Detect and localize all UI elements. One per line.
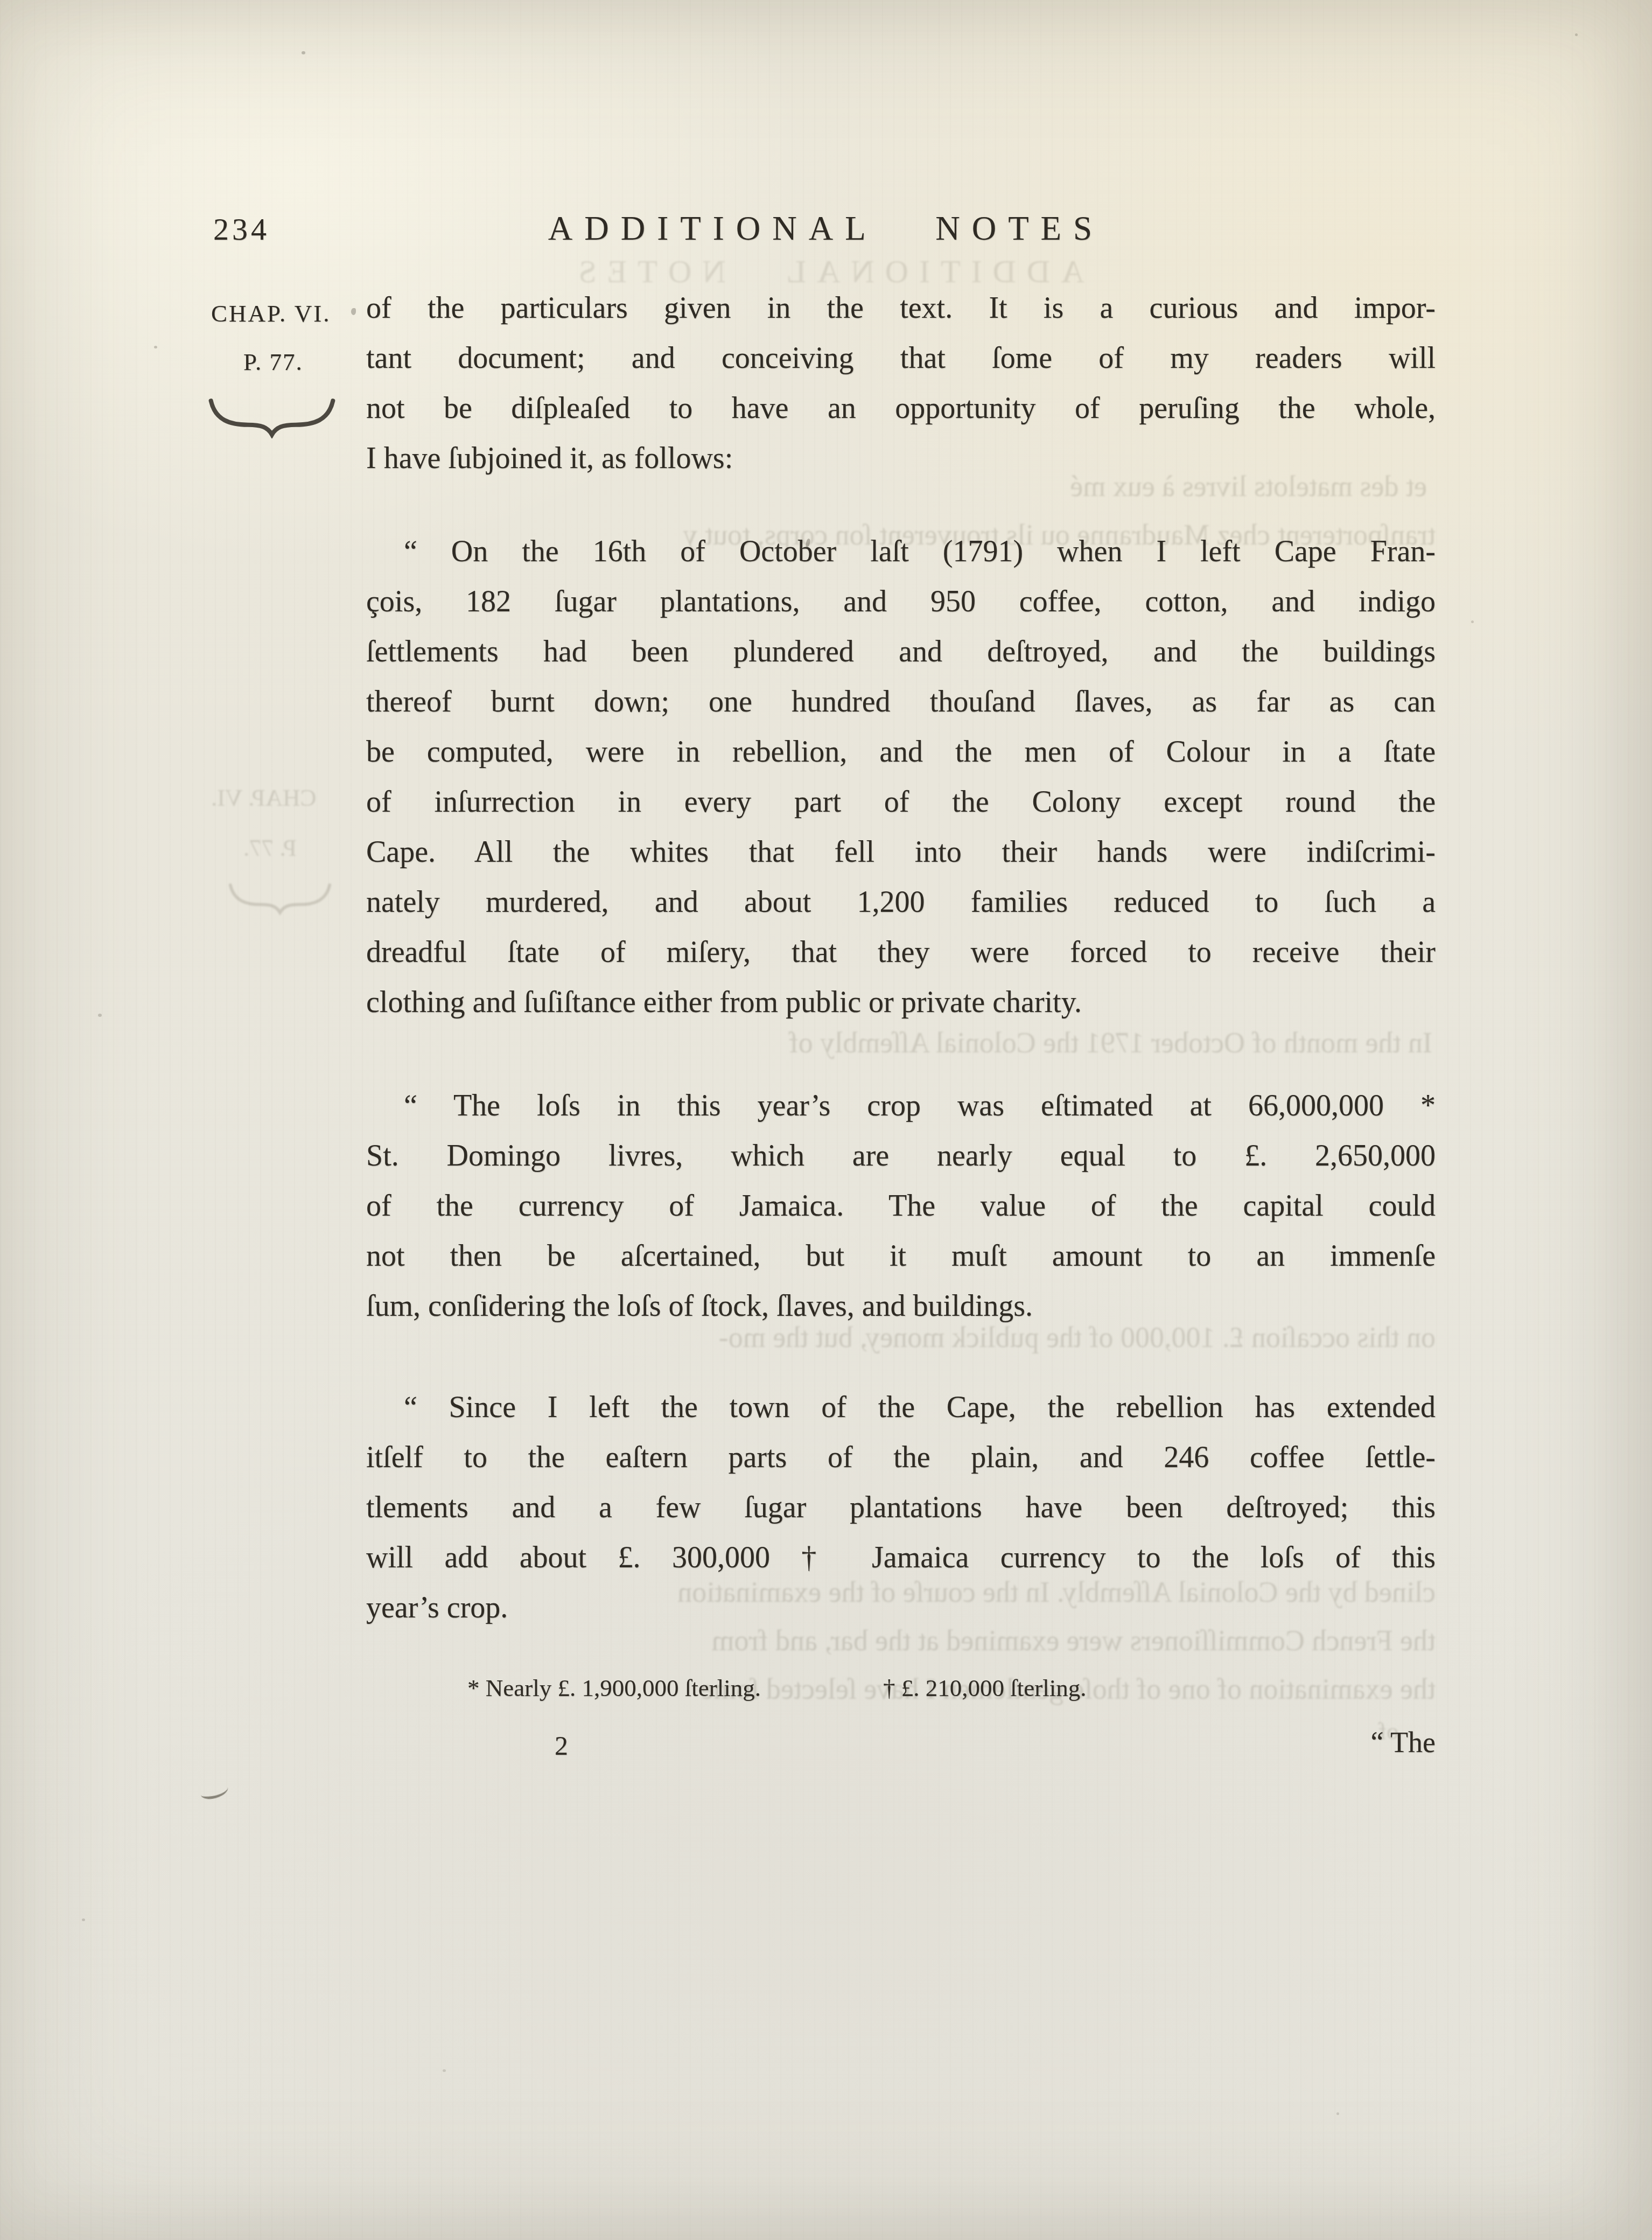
margin-page-ref: P. 77.: [243, 348, 303, 376]
paragraph: of the particulars given in the text. It…: [366, 283, 1436, 484]
footnote-dagger: † £. 210,000 ſterling.: [883, 1674, 1086, 1702]
show-through-line: P. 77.: [243, 834, 297, 862]
scan-speck: [82, 1918, 85, 1921]
text-line: year’s crop.: [366, 1583, 1436, 1633]
text-line: itſelf to the eaſtern parts of the plain…: [366, 1433, 1436, 1483]
text-line: “ The loſs in this year’s crop was eſtim…: [366, 1081, 1436, 1131]
text-line: of inſurrection in every part of the Col…: [366, 777, 1436, 827]
text-line: thereof burnt down; one hundred thouſand…: [366, 677, 1436, 727]
text-line: ſettlements had been plundered and deſtr…: [366, 627, 1436, 677]
text-line: ſum, conſidering the loſs of ſtock, ſlav…: [366, 1281, 1436, 1331]
book-page: ADDITIONAL NOTES et des matelots livres …: [0, 0, 1652, 2240]
text-line: clothing and ſuſiſtance either from publ…: [366, 978, 1436, 1028]
margin-brace-icon: [206, 392, 338, 438]
scan-speck: [302, 51, 305, 54]
margin-chapter-label: CHAP. VI.: [211, 299, 331, 327]
scan-speck: [351, 308, 356, 315]
text-line: be computed, were in rebellion, and the …: [366, 727, 1436, 777]
text-line: of the currency of Jamaica. The value of…: [366, 1181, 1436, 1231]
text-line: I have ſubjoined it, as follows:: [366, 434, 1436, 484]
scan-speck: [1575, 33, 1578, 36]
scan-speck: [443, 2069, 446, 2072]
text-line: not then be aſcertained, but it muſt amo…: [366, 1231, 1436, 1281]
text-line: dreadful ſtate of miſery, that they were…: [366, 927, 1436, 978]
scan-speck: [1471, 620, 1474, 623]
paragraph: “ On the 16th of October laſt (1791) whe…: [366, 527, 1436, 1028]
text-line: not be diſpleaſed to have an opportunity…: [366, 383, 1436, 434]
footnote-asterisk: * Nearly £. 1,900,000 ſterling.: [467, 1674, 761, 1702]
text-line: tant document; and conceiving that ſome …: [366, 333, 1436, 383]
text-line: tlements and a few ſugar plantations hav…: [366, 1483, 1436, 1533]
running-head-title: ADDITIONAL NOTES: [0, 209, 1652, 248]
show-through-line: In the month of October 1791 the Colonia…: [409, 1026, 1432, 1059]
text-line: St. Domingo livres, which are nearly equ…: [366, 1131, 1436, 1181]
paragraph: “ Since I left the town of the Cape, the…: [366, 1383, 1436, 1633]
show-through-brace: [226, 878, 334, 916]
scan-speck: [154, 346, 157, 348]
scan-speck: [98, 1014, 102, 1017]
text-line: “ Since I left the town of the Cape, the…: [366, 1383, 1436, 1433]
catchword: “ The: [366, 1726, 1436, 1759]
text-line: nately murdered, and about 1,200 familie…: [366, 877, 1436, 927]
scan-speck: [1336, 2112, 1339, 2115]
text-line: will add about £. 300,000 † Jamaica curr…: [366, 1533, 1436, 1583]
show-through-line: CHAP. VI.: [211, 784, 316, 812]
paragraph: “ The loſs in this year’s crop was eſtim…: [366, 1081, 1436, 1331]
text-line: Cape. All the whites that fell into thei…: [366, 827, 1436, 877]
pen-mark: [199, 1782, 229, 1801]
text-line: of the particulars given in the text. It…: [366, 283, 1436, 333]
text-line: “ On the 16th of October laſt (1791) whe…: [366, 527, 1436, 577]
text-line: çois, 182 ſugar plantations, and 950 cof…: [366, 577, 1436, 627]
